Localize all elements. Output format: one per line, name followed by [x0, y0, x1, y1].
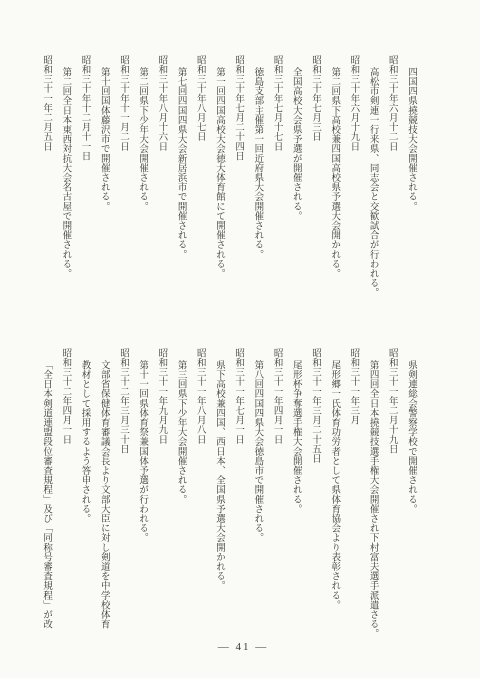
- chronology-date: 昭和三十年八月十六日: [151, 55, 170, 347]
- chronology-date: 昭和三十年六月十九日: [343, 55, 362, 347]
- chronology-event: 第十一回県体育祭兼国体予選が行われる。: [132, 348, 151, 648]
- chronology-date: 昭和三十年六月十二日: [382, 55, 401, 347]
- chronology-date: 昭和三十年十一月二日: [113, 55, 132, 347]
- chronology-date: 昭和三十年七月二十四日: [228, 55, 247, 347]
- chronology-date: 昭和三十二年四月一日: [55, 348, 74, 648]
- chronology-event: 第一回四国高校大会徳大体育館にて開催される。: [209, 55, 228, 347]
- chronology-event: 第二回全日本東西対抗大会名古屋で開催される。: [55, 55, 74, 347]
- chronology-event: 第四回全日本撓競技選手権大会開催され下村富夫選手派遣さる。: [362, 348, 381, 648]
- chronology-event: 「全日本剣道連盟段位審査規程」及び「同称号審査規程」が改: [36, 348, 55, 648]
- page-number: — 41 —: [0, 641, 480, 653]
- chronology-date: 昭和三十一年二月五日: [36, 55, 55, 347]
- chronology-date: 昭和三十一年三月: [343, 348, 362, 648]
- chronology-date: 昭和三十年十二月十一日: [74, 55, 93, 347]
- chronology-date: 昭和三十年七月十七日: [266, 55, 285, 347]
- chronology-event: 高松市剣連一行来県、同志会と交歓試合が行われる。: [362, 55, 381, 347]
- chronology-event: 四国四県撓競技大会開催される。: [401, 55, 420, 347]
- chronology-event: 第二回県下高校兼四国高校県予選大会開かれる。: [324, 55, 343, 347]
- chronology-event: 尾形郷一氏体育功労者として県体育協会より表彰される。: [324, 348, 343, 648]
- chronology-date: 昭和三十一年九月九日: [151, 348, 170, 648]
- chronology-event: 第十回国体藤沢市で開催される。: [94, 55, 113, 347]
- chronology-event: 第二回県下少年大会開催される。: [132, 55, 151, 347]
- chronology-date: 昭和三十年八月七日: [190, 55, 209, 347]
- chronology-event: 県剣連総会警察学校で開催される。: [401, 348, 420, 648]
- chronology-event: 文部省保健体育審議会長より文部大臣に対し剣道を中学校体育: [94, 348, 113, 648]
- chronology-date: 昭和三十一年三月二十五日: [305, 348, 324, 648]
- chronology-date: 昭和三十年七月三日: [305, 55, 324, 347]
- chronology-bottom-block: 県剣連総会警察学校で開催される。 昭和三十一年二月十九日 第四回全日本撓競技選手…: [36, 348, 420, 648]
- chronology-event: 第七回四国四県大会新居浜市で開催される。: [170, 55, 189, 347]
- chronology-event: 県下高校兼四国、西日本、全国県予選大会開かれる。: [209, 348, 228, 648]
- chronology-top-block: 四国四県撓競技大会開催される。 昭和三十年六月十二日 高松市剣連一行来県、同志会…: [36, 55, 420, 347]
- chronology-event: 全国高校大会県予選が開催される。: [286, 55, 305, 347]
- chronology-date: 昭和三十一年二月十九日: [382, 348, 401, 648]
- chronology-date: 昭和三十一年七月一日: [228, 348, 247, 648]
- chronology-date: 昭和三十一年四月一日: [266, 348, 285, 648]
- chronology-event: 第三回県下少年大会開催される。: [170, 348, 189, 648]
- chronology-event: 徳島支部主催第一回近府県大会開催される。: [247, 55, 266, 347]
- chronology-date: 昭和三十二年三月三十日: [113, 348, 132, 648]
- document-page: 四国四県撓競技大会開催される。 昭和三十年六月十二日 高松市剣連一行来県、同志会…: [0, 0, 480, 678]
- chronology-event: 尾形杯争奪選手権大会開催される。: [286, 348, 305, 648]
- chronology-event-continuation: 教材として採用するよう答申される。: [74, 348, 93, 648]
- chronology-date: 昭和三十一年八月八日: [190, 348, 209, 648]
- chronology-event: 第八回四国四県大会徳島市で開催される。: [247, 348, 266, 648]
